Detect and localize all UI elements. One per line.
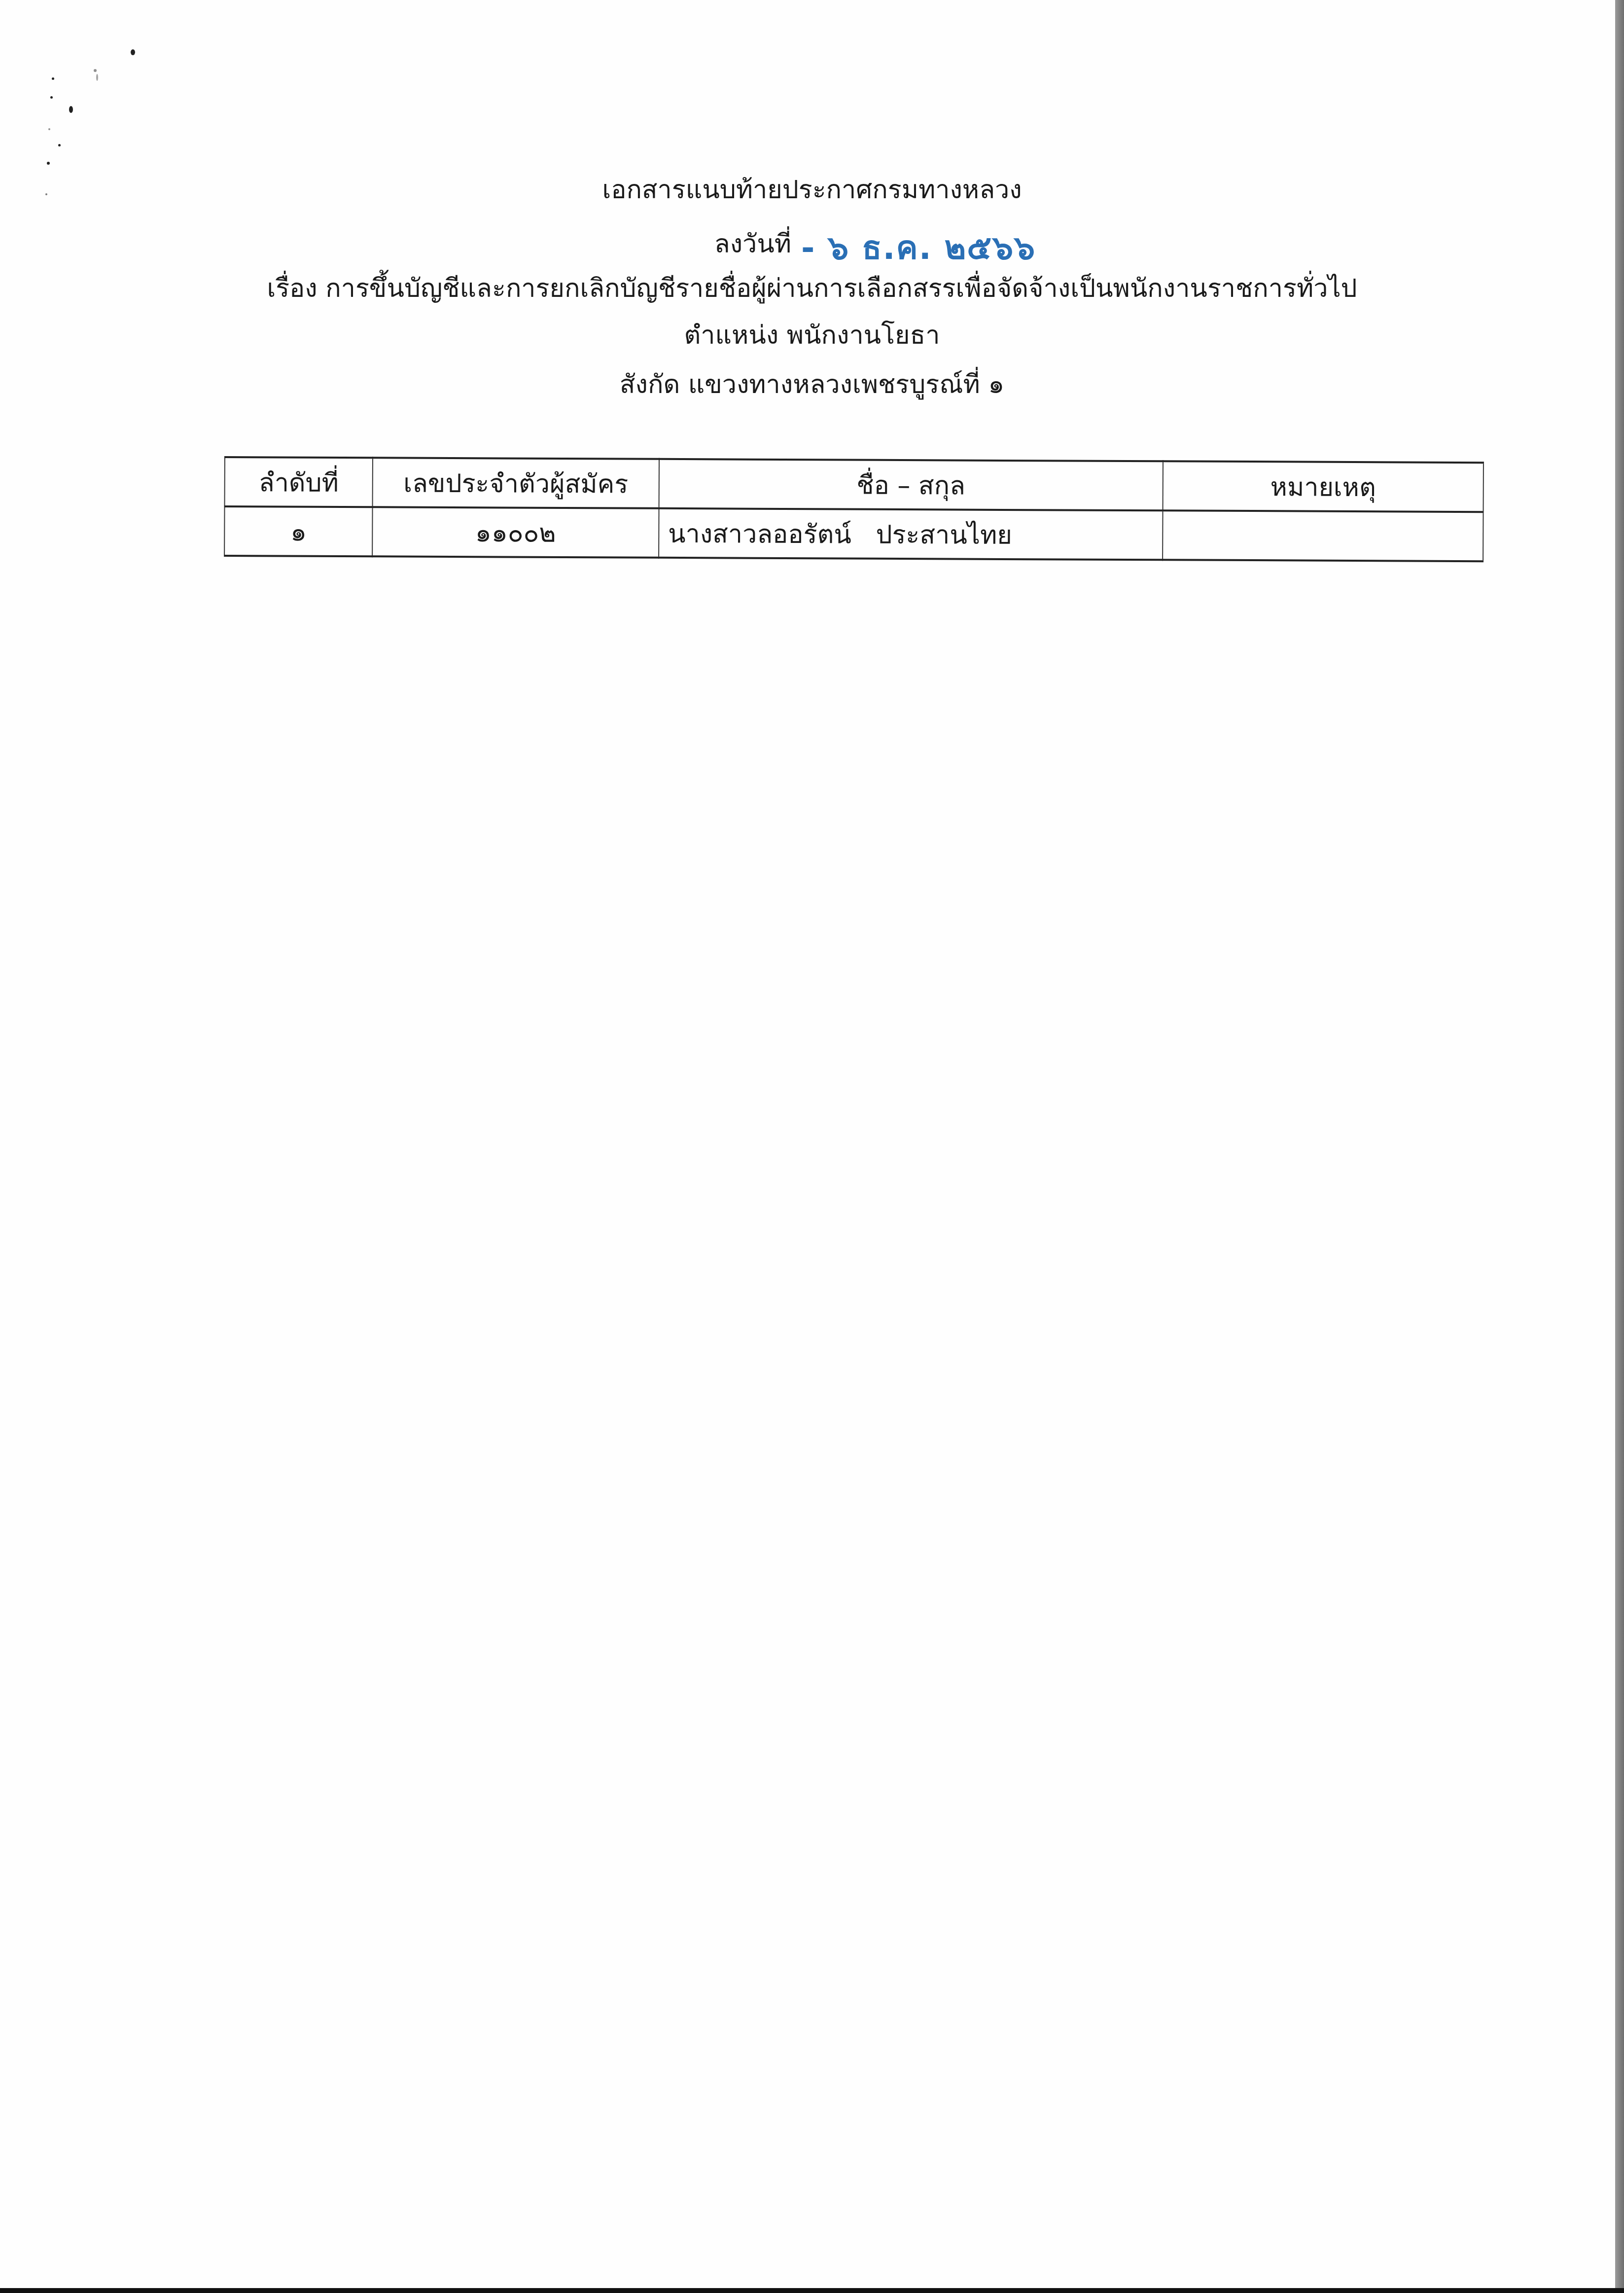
document-title: เอกสารแนบท้ายประกาศกรมทางหลวง [0, 173, 1624, 207]
date-label: ลงวันที่ [714, 229, 791, 259]
header-name: ชื่อ – สกุล [659, 459, 1163, 510]
document-subject: เรื่อง การขึ้นบัญชีและการยกเลิกบัญชีรายช… [0, 271, 1624, 306]
cell-order: ๑ [224, 506, 373, 556]
header-order: ลำดับที่ [225, 457, 373, 507]
cell-remark [1163, 510, 1483, 561]
scan-edge-bottom [0, 2288, 1624, 2293]
table-row: ๑ ๑๑๐๐๒ นางสาวลออรัตน์ ประสานไทย [224, 506, 1483, 561]
scan-edge-right [1615, 0, 1624, 2293]
document-position: ตำแหน่ง พนักงานโยธา [0, 318, 1624, 353]
document-affiliation: สังกัด แขวงทางหลวงเพชรบูรณ์ที่ ๑ [0, 367, 1624, 402]
applicant-table: ลำดับที่ เลขประจำตัวผู้สมัคร ชื่อ – สกุล… [224, 456, 1484, 562]
header-applicant-id: เลขประจำตัวผู้สมัคร [373, 458, 659, 508]
table-header-row: ลำดับที่ เลขประจำตัวผู้สมัคร ชื่อ – สกุล… [225, 457, 1483, 512]
date-stamp: - ๖ ธ.ค. ๒๕๖๖ [801, 231, 1036, 265]
header-remark: หมายเหตุ [1163, 461, 1483, 512]
cell-name: นางสาวลออรัตน์ ประสานไทย [659, 508, 1163, 560]
cell-applicant-id: ๑๑๐๐๒ [372, 507, 659, 558]
